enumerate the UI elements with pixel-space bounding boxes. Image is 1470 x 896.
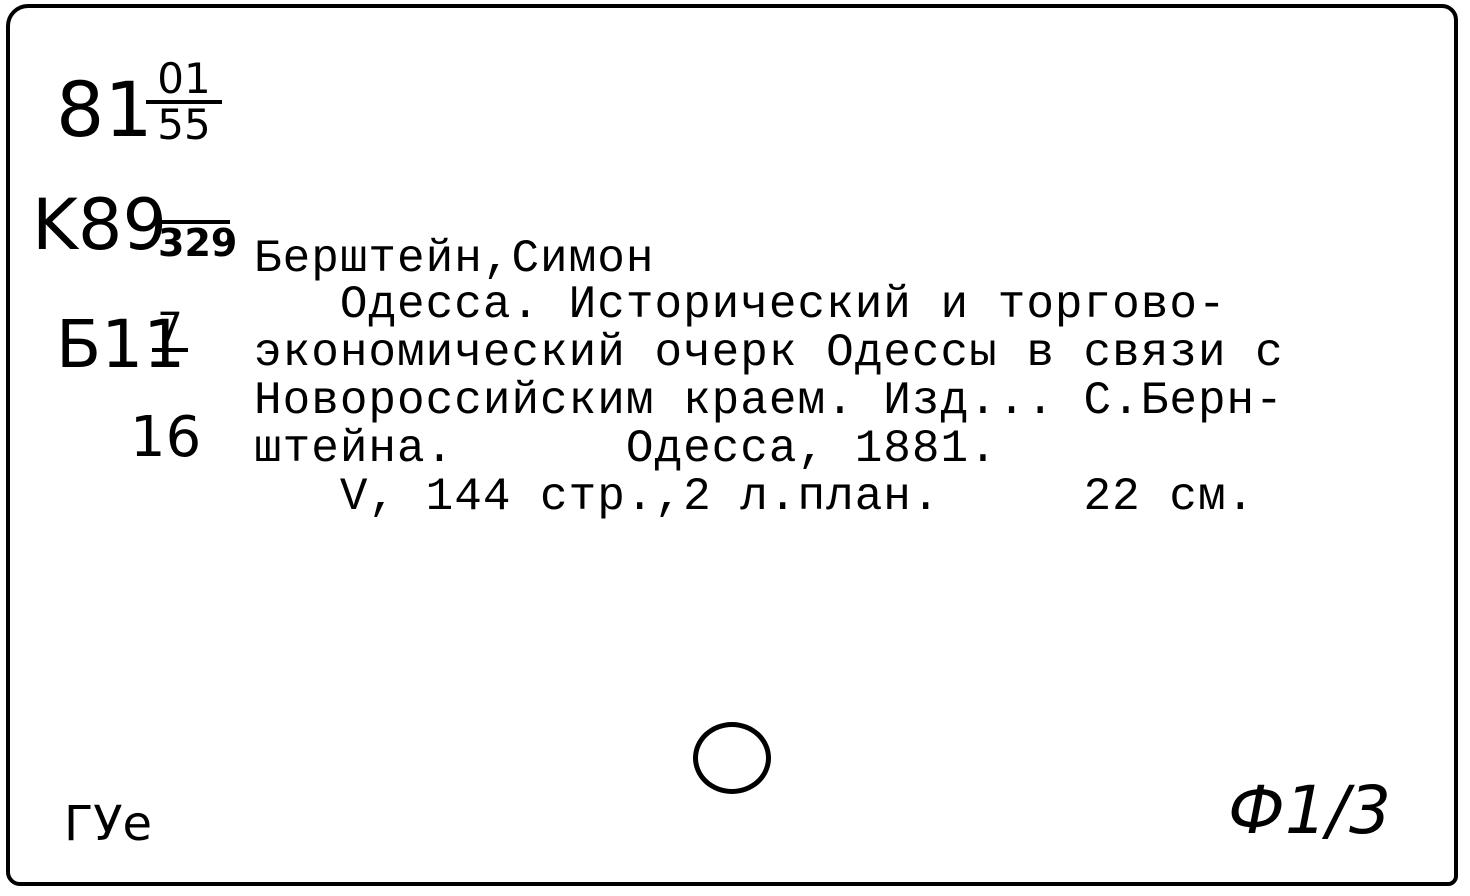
classification-fraction-numerator: 01: [146, 58, 222, 100]
entry-collation: V, 144 стр.,2 л.план. 22 см.: [254, 474, 1255, 520]
punch-hole: [693, 722, 771, 794]
entry-author: Берштейн,Симон: [254, 236, 654, 282]
shelf-number: 16: [130, 410, 201, 466]
entry-title-line-1: Одесса. Исторический и торгово-: [254, 282, 1227, 328]
shelf-fraction: 7: [152, 308, 188, 352]
entry-imprint: штейна. Одесса, 1881.: [254, 426, 998, 472]
entry-title-line-2: экономический очерк Одессы в связи с: [254, 330, 1284, 376]
entry-title-line-3: Новороссийским краем. Изд... С.Берн-: [254, 378, 1284, 424]
author-mark-number: 329: [158, 224, 230, 262]
classification-fraction-denominator: 55: [146, 104, 222, 146]
bottom-right-mark: Ф1/3: [1228, 778, 1391, 844]
classification-fraction: 01 55: [146, 58, 222, 146]
shelf-fraction-numerator: 7: [152, 308, 188, 348]
author-mark-sub: 329: [158, 220, 230, 262]
classification-main: 81: [56, 72, 153, 148]
author-mark: K89: [32, 190, 167, 260]
bottom-left-mark: ГУе: [64, 800, 152, 848]
